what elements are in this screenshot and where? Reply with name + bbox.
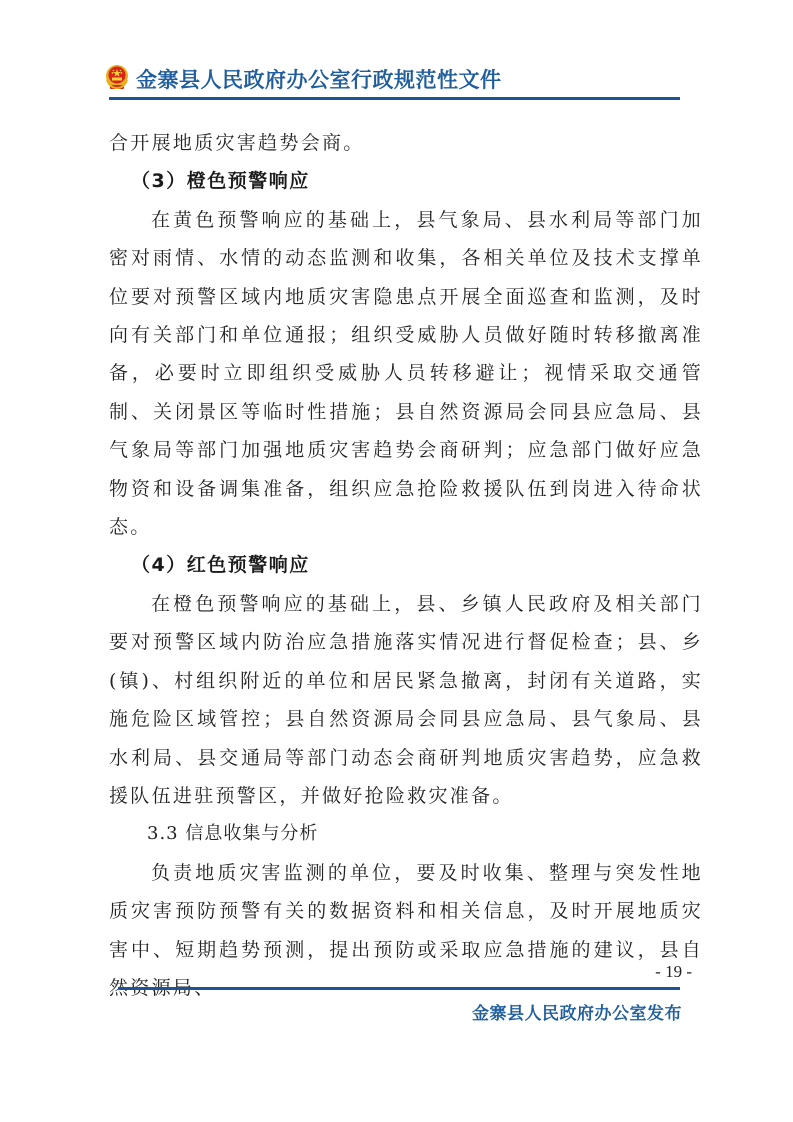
paragraph-orange-warning: 在黄色预警响应的基础上，县气象局、县水利局等部门加密对雨情、水情的动态监测和收集… (109, 201, 703, 547)
national-emblem-icon (104, 64, 130, 92)
document-body: 合开展地质灾害趋势会商。 （3）橙色预警响应 在黄色预警响应的基础上，县气象局、… (109, 124, 703, 1007)
page-number: - 19 - (655, 962, 692, 982)
subheading-orange-warning: （3）橙色预警响应 (109, 162, 703, 200)
paragraph-info-collection: 负责地质灾害监测的单位，要及时收集、整理与突发性地质灾害预防预警有关的数据资料和… (109, 854, 703, 1008)
header-divider (109, 97, 680, 100)
footer-publisher: 金寨县人民政府办公室发布 (472, 999, 682, 1024)
paragraph-continuation: 合开展地质灾害趋势会商。 (109, 124, 703, 162)
subheading-red-warning: （4）红色预警响应 (109, 546, 703, 584)
header-title: 金寨县人民政府办公室行政规范性文件 (136, 64, 502, 94)
paragraph-red-warning: 在橙色预警响应的基础上，县、乡镇人民政府及相关部门要对预警区域内防治应急措施落实… (109, 585, 703, 815)
footer-divider (118, 987, 680, 990)
document-header: 金寨县人民政府办公室行政规范性文件 (104, 62, 684, 102)
section-heading-3-3: 3.3 信息收集与分析 (109, 815, 703, 853)
